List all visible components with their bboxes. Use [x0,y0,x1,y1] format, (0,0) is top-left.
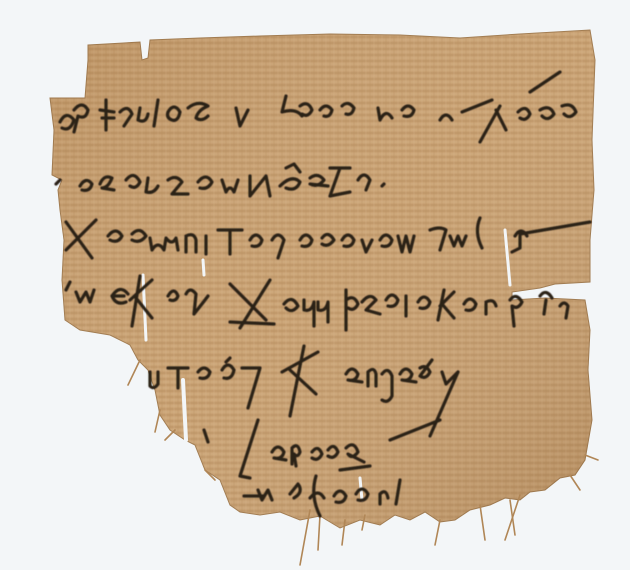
papyrus-photo: ορεκριας ν εμενοσ λοσ ι αθηνολκωνεσκα χο… [0,0,630,570]
papyrus-fragment [0,0,630,570]
